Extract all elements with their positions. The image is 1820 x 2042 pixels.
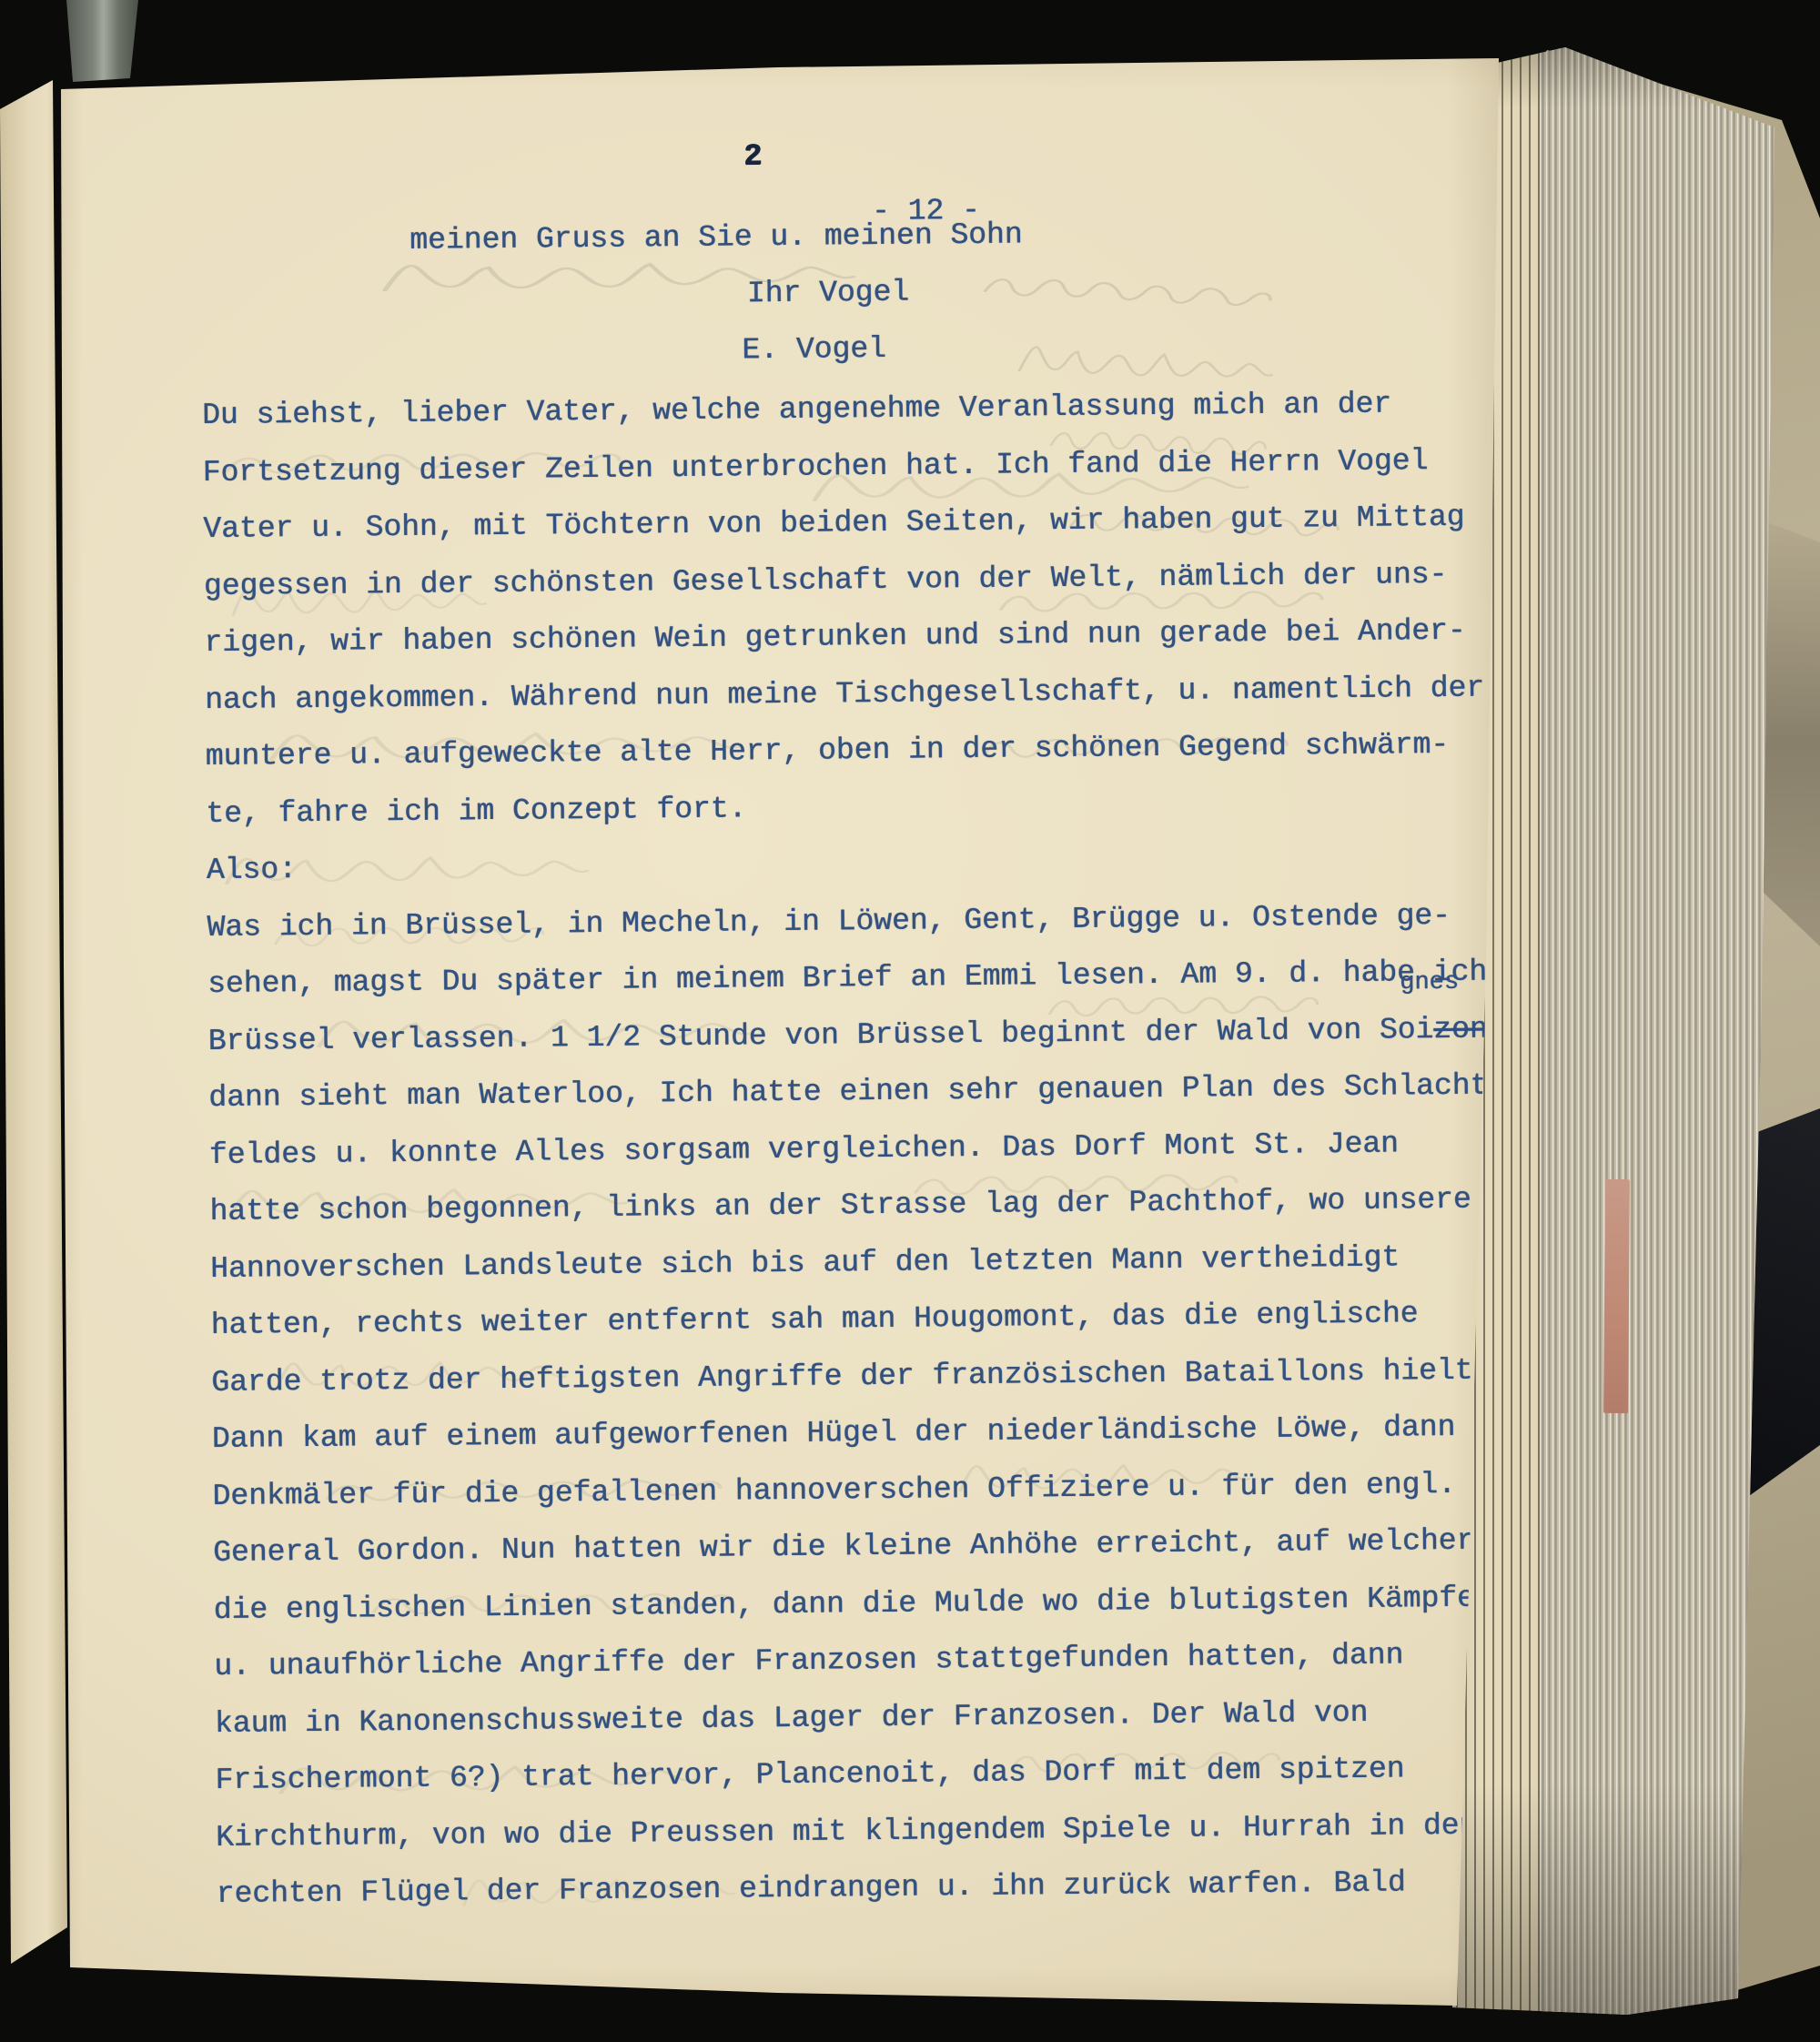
closing-line-salutation: meinen Gruss an Sie u. meinen Sohn — [409, 207, 1023, 269]
typed-line-text: sehen, magst Du später in meinem Brief a… — [207, 955, 1487, 1001]
typed-line-text: nach angekommen. Während nun meine Tisch… — [205, 671, 1484, 716]
typed-line: rechten Flügel der Franzosen eindrangen … — [217, 1854, 1514, 1923]
closing-line-signature-2: E. Vogel — [742, 321, 886, 379]
typed-line-text: Hannoverschen Landsleute sich bis auf de… — [210, 1240, 1400, 1286]
typed-line-text: hatten, rechts weiter entfernt sah man H… — [211, 1297, 1419, 1342]
page-tilt-wrapper: - 12 - 2 meinen Gruss an Sie u. meinen S… — [41, 45, 1516, 2025]
typed-line-text: Frischermont 6?) trat hervor, Plancenoit… — [215, 1752, 1404, 1797]
typed-line-text: Fortsetzung dieser Zeilen unterbrochen h… — [203, 444, 1429, 490]
typed-line-text: General Gordon. Nun hatten wir die klein… — [213, 1524, 1475, 1570]
typed-line-text: hatte schon begonnen, links an der Stras… — [209, 1183, 1471, 1228]
adjacent-page-edge — [0, 80, 67, 1976]
typed-line-text: muntere u. aufgeweckte alte Herr, oben i… — [206, 728, 1450, 773]
typed-line-text: Denkmäler für die gefallenen hannoversch… — [212, 1467, 1456, 1512]
typed-line-text: rigen, wir haben schönen Wein getrunken … — [204, 614, 1466, 660]
typed-line-text: u. unaufhörliche Angriffe der Franzosen … — [214, 1638, 1403, 1683]
typed-line-text: Vater u. Sohn, mit Töchtern von beiden S… — [203, 500, 1465, 546]
typed-correction: gnes — [1400, 969, 1459, 997]
typed-line-text: Du siehst, lieber Vater, welche angenehm… — [202, 388, 1391, 433]
typed-line-text: kaum in Kanonenschussweite das Lager der… — [215, 1695, 1369, 1740]
typewritten-text: - 12 - 2 meinen Gruss an Sie u. meinen S… — [41, 45, 1516, 2025]
letter-body: Du siehst, lieber Vater, welche angenehm… — [202, 375, 1514, 1923]
typed-line-text: Kirchthurm, von wo die Preussen mit klin… — [216, 1808, 1478, 1854]
typed-line-text: gegessen in der schönsten Gesellschaft v… — [204, 557, 1448, 602]
binder-clip — [64, 0, 140, 86]
typed-line-text: rechten Flügel der Franzosen eindrangen … — [217, 1865, 1406, 1911]
book-photo: - 12 - 2 meinen Gruss an Sie u. meinen S… — [0, 0, 1820, 2042]
typed-line-text: dann sieht man Waterloo, Ich hatte einen… — [208, 1068, 1506, 1115]
typed-line-text: die englischen Linien standen, dann die … — [214, 1581, 1476, 1626]
typed-line-text: Dann kam auf einem aufgeworfenen Hügel d… — [212, 1410, 1456, 1456]
typed-line-text: Was ich in Brüssel, in Mecheln, in Löwen… — [207, 898, 1451, 944]
closing-line-signature: Ihr Vogel — [747, 265, 910, 323]
scan-root: { "page": { "number_label": "- 12 -", "n… — [0, 0, 1820, 2042]
typed-line-text: feldes u. konnte Alles sorgsam vergleich… — [209, 1127, 1399, 1172]
typed-line-text: Brüssel verlassen. 1 1/2 Stunde von Brüs… — [208, 1013, 1434, 1058]
typed-line-text: te, fahre ich im Conzept fort. — [206, 792, 746, 831]
letter-page: - 12 - 2 meinen Gruss an Sie u. meinen S… — [50, 53, 1506, 2018]
typed-line-text: Garde trotz der heftigsten Angriffe der … — [211, 1353, 1491, 1399]
overstruck-digit: 2 — [743, 128, 762, 186]
typed-line-text: Also: — [207, 853, 297, 887]
